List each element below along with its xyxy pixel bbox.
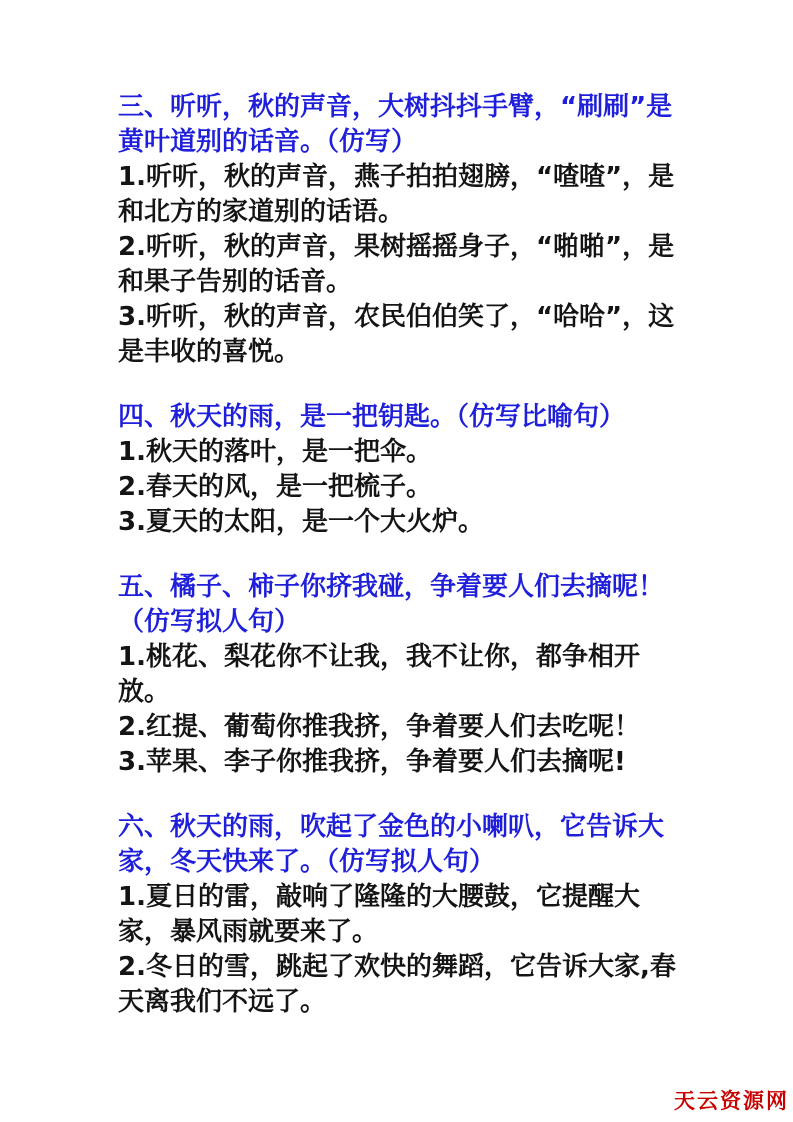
section-4-item-1: 1.秋天的落叶，是一把伞。 [118, 435, 680, 470]
section-5-item-3: 3.苹果、李子你推我挤，争着要人们去摘呢! [118, 745, 680, 780]
section-3-item-1: 1.听听，秋的声音，燕子拍拍翅膀，“喳喳”，是和北方的家道别的话语。 [118, 160, 680, 230]
section-5: 五、橘子、柿子你挤我碰，争着要人们去摘呢！（仿写拟人句） 1.桃花、梨花你不让我… [118, 570, 680, 780]
section-4-item-2: 2.春天的风，是一把梳子。 [118, 470, 680, 505]
section-4-heading: 四、秋天的雨，是一把钥匙。（仿写比喻句） [118, 400, 680, 435]
worksheet-page: 三、听听，秋的声音，大树抖抖手臂，“刷刷”是黄叶道别的话音。（仿写） 1.听听，… [0, 0, 793, 1122]
section-5-item-2: 2.红提、葡萄你推我挤，争着要人们去吃呢！ [118, 710, 680, 745]
section-3-heading: 三、听听，秋的声音，大树抖抖手臂，“刷刷”是黄叶道别的话音。（仿写） [118, 90, 680, 160]
section-6-heading: 六、秋天的雨，吹起了金色的小喇叭，它告诉大家，冬天快来了。（仿写拟人句） [118, 810, 680, 880]
section-4: 四、秋天的雨，是一把钥匙。（仿写比喻句） 1.秋天的落叶，是一把伞。 2.春天的… [118, 400, 680, 540]
section-6-item-2: 2.冬日的雪，跳起了欢快的舞蹈，它告诉大家,春天离我们不远了。 [118, 950, 680, 1020]
section-5-item-1: 1.桃花、梨花你不让我，我不让你，都争相开放。 [118, 640, 680, 710]
section-3: 三、听听，秋的声音，大树抖抖手臂，“刷刷”是黄叶道别的话音。（仿写） 1.听听，… [118, 90, 680, 370]
section-4-item-3: 3.夏天的太阳，是一个大火炉。 [118, 505, 680, 540]
section-3-item-2: 2.听听，秋的声音，果树摇摇身子，“啪啪”，是和果子告别的话音。 [118, 230, 680, 300]
worksheet-content: 三、听听，秋的声音，大树抖抖手臂，“刷刷”是黄叶道别的话音。（仿写） 1.听听，… [118, 90, 680, 1020]
watermark: 天云资源网 [674, 1088, 789, 1114]
section-3-item-3: 3.听听，秋的声音，农民伯伯笑了，“哈哈”，这是丰收的喜悦。 [118, 300, 680, 370]
section-6-item-1: 1.夏日的雷，敲响了隆隆的大腰鼓，它提醒大家，暴风雨就要来了。 [118, 880, 680, 950]
section-6: 六、秋天的雨，吹起了金色的小喇叭，它告诉大家，冬天快来了。（仿写拟人句） 1.夏… [118, 810, 680, 1020]
section-5-heading: 五、橘子、柿子你挤我碰，争着要人们去摘呢！（仿写拟人句） [118, 570, 680, 640]
